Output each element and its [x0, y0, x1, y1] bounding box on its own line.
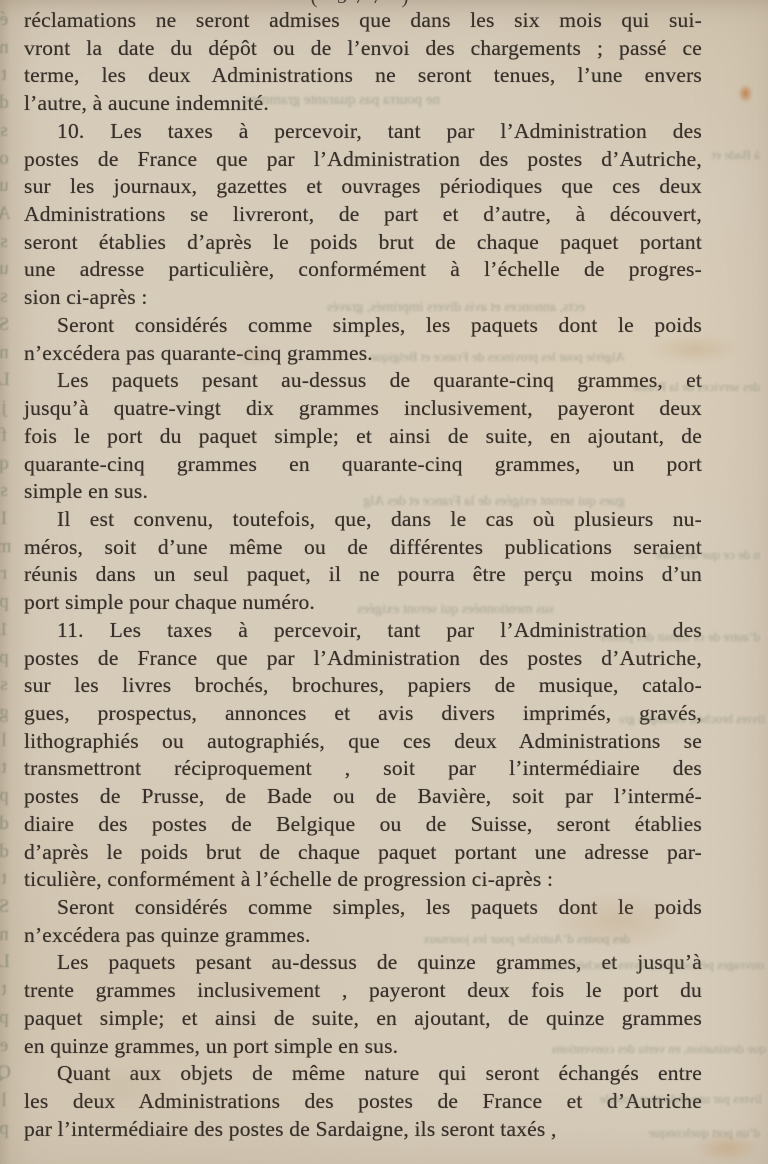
- edge-fragment: f: [0, 422, 15, 450]
- edge-fragment: d: [0, 810, 15, 838]
- text-line: fois le port du paquet simple; et ainsi …: [24, 423, 702, 451]
- text-line: d’après le poids brut de chaque paquet p…: [24, 839, 702, 867]
- text-line: réunis dans un seul paquet, il ne pourra…: [24, 561, 702, 589]
- text-line: sur les journaux, gazettes et ouvrages p…: [24, 173, 702, 201]
- scanned-document-page: ( 577 ) éntdsouAsusSnLjfqsImrp1psgltpddt…: [0, 0, 768, 1164]
- edge-fragment: t: [0, 61, 15, 89]
- edge-fragment: t: [0, 754, 15, 782]
- text-block: réclamations ne seront admises que dans …: [24, 7, 702, 1143]
- edge-fragment: s: [0, 283, 15, 311]
- text-line: postes de Prusse, de Bade ou de Bavière,…: [24, 783, 702, 811]
- text-line: postes de France que par l’Administratio…: [24, 146, 702, 174]
- paragraph: Les paquets pesant au-dessus de quarante…: [24, 367, 702, 506]
- edge-fragment: p: [0, 644, 15, 672]
- text-line: méros, soit d’une même ou de différentes…: [24, 534, 702, 562]
- edge-fragment: n: [0, 339, 15, 367]
- edge-fragment: n: [0, 921, 15, 949]
- edge-fragment: o: [0, 145, 15, 173]
- edge-fragment: d: [0, 838, 15, 866]
- text-line: port simple pour chaque numéro.: [24, 589, 702, 617]
- paragraph: 10. Les taxes à percevoir, tant par l’Ad…: [24, 118, 702, 312]
- paragraph: réclamations ne seront admises que dans …: [24, 7, 702, 118]
- text-line: trente grammes inclusivement , payeront …: [24, 977, 702, 1005]
- edge-fragment: n: [0, 34, 15, 62]
- text-line: Quant aux objets de même nature qui sero…: [24, 1060, 702, 1088]
- edge-fragment: l: [0, 1087, 15, 1115]
- paragraph: Il est convenu, toutefois, que, dans le …: [24, 506, 702, 617]
- text-line: n’excédera pas quarante-cinq grammes.: [24, 340, 702, 368]
- edge-fragment: s: [0, 117, 15, 145]
- edge-fragment: S: [0, 893, 15, 921]
- text-line: n’excédera pas quinze grammes.: [24, 922, 702, 950]
- edge-fragment: s: [0, 228, 15, 256]
- text-line: simple en sus.: [24, 478, 702, 506]
- text-line: terme, les deux Administrations ne seron…: [24, 62, 702, 90]
- paper-stain: [694, 1134, 760, 1162]
- edge-fragment: r: [0, 560, 15, 588]
- text-line: quarante-cinq grammes en quarante-cinq g…: [24, 451, 702, 479]
- text-line: diaire des postes de Belgique ou de Suis…: [24, 811, 702, 839]
- edge-fragment: j: [0, 394, 15, 422]
- edge-fragment: p: [0, 1115, 15, 1143]
- text-line: sion ci-après :: [24, 284, 702, 312]
- text-line: seront établies d’après le poids brut de…: [24, 229, 702, 257]
- text-line: Les paquets pesant au-dessus de quarante…: [24, 367, 702, 395]
- text-line: paquet simple; et ainsi de suite, en ajo…: [24, 1005, 702, 1033]
- text-line: les deux Administrations des postes de F…: [24, 1088, 702, 1116]
- text-line: l’autre, à aucune indemnité.: [24, 90, 702, 118]
- text-line: gues, prospectus, annonces et avis diver…: [24, 700, 702, 728]
- text-line: ticulière, conformément à l’échelle de p…: [24, 866, 702, 894]
- text-line: sur les livres brochés, brochures, papie…: [24, 672, 702, 700]
- text-line: Seront considérés comme simples, les paq…: [24, 894, 702, 922]
- paragraph: 11. Les taxes à percevoir, tant par l’Ad…: [24, 617, 702, 894]
- text-line: lithographiés ou autographiés, que ces d…: [24, 728, 702, 756]
- text-line: Les paquets pesant au-dessus de quinze g…: [24, 949, 702, 977]
- ink-stain: [738, 84, 753, 103]
- edge-fragment: g: [0, 699, 15, 727]
- paragraph: Quant aux objets de même nature qui sero…: [24, 1060, 702, 1143]
- edge-fragment: é: [0, 6, 15, 34]
- edge-fragment: t: [0, 976, 15, 1004]
- text-line: transmettront réciproquement , soit par …: [24, 755, 702, 783]
- edge-fragment: m: [0, 533, 15, 561]
- edge-fragment: 1: [0, 616, 15, 644]
- edge-fragment: t: [0, 865, 15, 893]
- text-line: par l’intermédiaire des postes de Sardai…: [24, 1116, 702, 1144]
- edge-fragment: p: [0, 1004, 15, 1032]
- edge-fragment: u: [0, 255, 15, 283]
- edge-fragment: A: [0, 200, 15, 228]
- showthrough-text: à Bade et: [700, 148, 760, 162]
- edge-fragment: I: [0, 505, 15, 533]
- text-line: 11. Les taxes à percevoir, tant par l’Ad…: [24, 617, 702, 645]
- edge-fragment: u: [0, 172, 15, 200]
- edge-fragment: Q: [0, 1059, 15, 1087]
- text-line: Administrations se livreront, de part et…: [24, 201, 702, 229]
- text-line: jusqu’à quatre-vingt dix grammes inclusi…: [24, 395, 702, 423]
- edge-fragment: S: [0, 311, 15, 339]
- paragraph: Seront considérés comme simples, les paq…: [24, 894, 702, 949]
- text-line: Seront considérés comme simples, les paq…: [24, 312, 702, 340]
- edge-fragment: L: [0, 948, 15, 976]
- text-line: Il est convenu, toutefois, que, dans le …: [24, 506, 702, 534]
- left-edge-showthrough: éntdsouAsusSnLjfqsImrp1psgltpddtSnLtpeQl…: [0, 6, 15, 1142]
- edge-fragment: e: [0, 1032, 15, 1060]
- edge-fragment: s: [0, 477, 15, 505]
- paragraph: Seront considérés comme simples, les paq…: [24, 312, 702, 367]
- edge-fragment: L: [0, 366, 15, 394]
- text-line: postes de France que par l’Administratio…: [24, 645, 702, 673]
- edge-fragment: p: [0, 588, 15, 616]
- edge-fragment: l: [0, 727, 15, 755]
- paragraph: Les paquets pesant au-dessus de quinze g…: [24, 949, 702, 1060]
- text-line: 10. Les taxes à percevoir, tant par l’Ad…: [24, 118, 702, 146]
- edge-fragment: s: [0, 671, 15, 699]
- text-line: en quinze grammes, un port simple en sus…: [24, 1033, 702, 1061]
- edge-fragment: d: [0, 89, 15, 117]
- text-line: vront la date du dépôt ou de l’envoi des…: [24, 35, 702, 63]
- edge-fragment: p: [0, 782, 15, 810]
- text-line: réclamations ne seront admises que dans …: [24, 7, 702, 35]
- text-line: une adresse particulière, conformément à…: [24, 256, 702, 284]
- edge-fragment: q: [0, 450, 15, 478]
